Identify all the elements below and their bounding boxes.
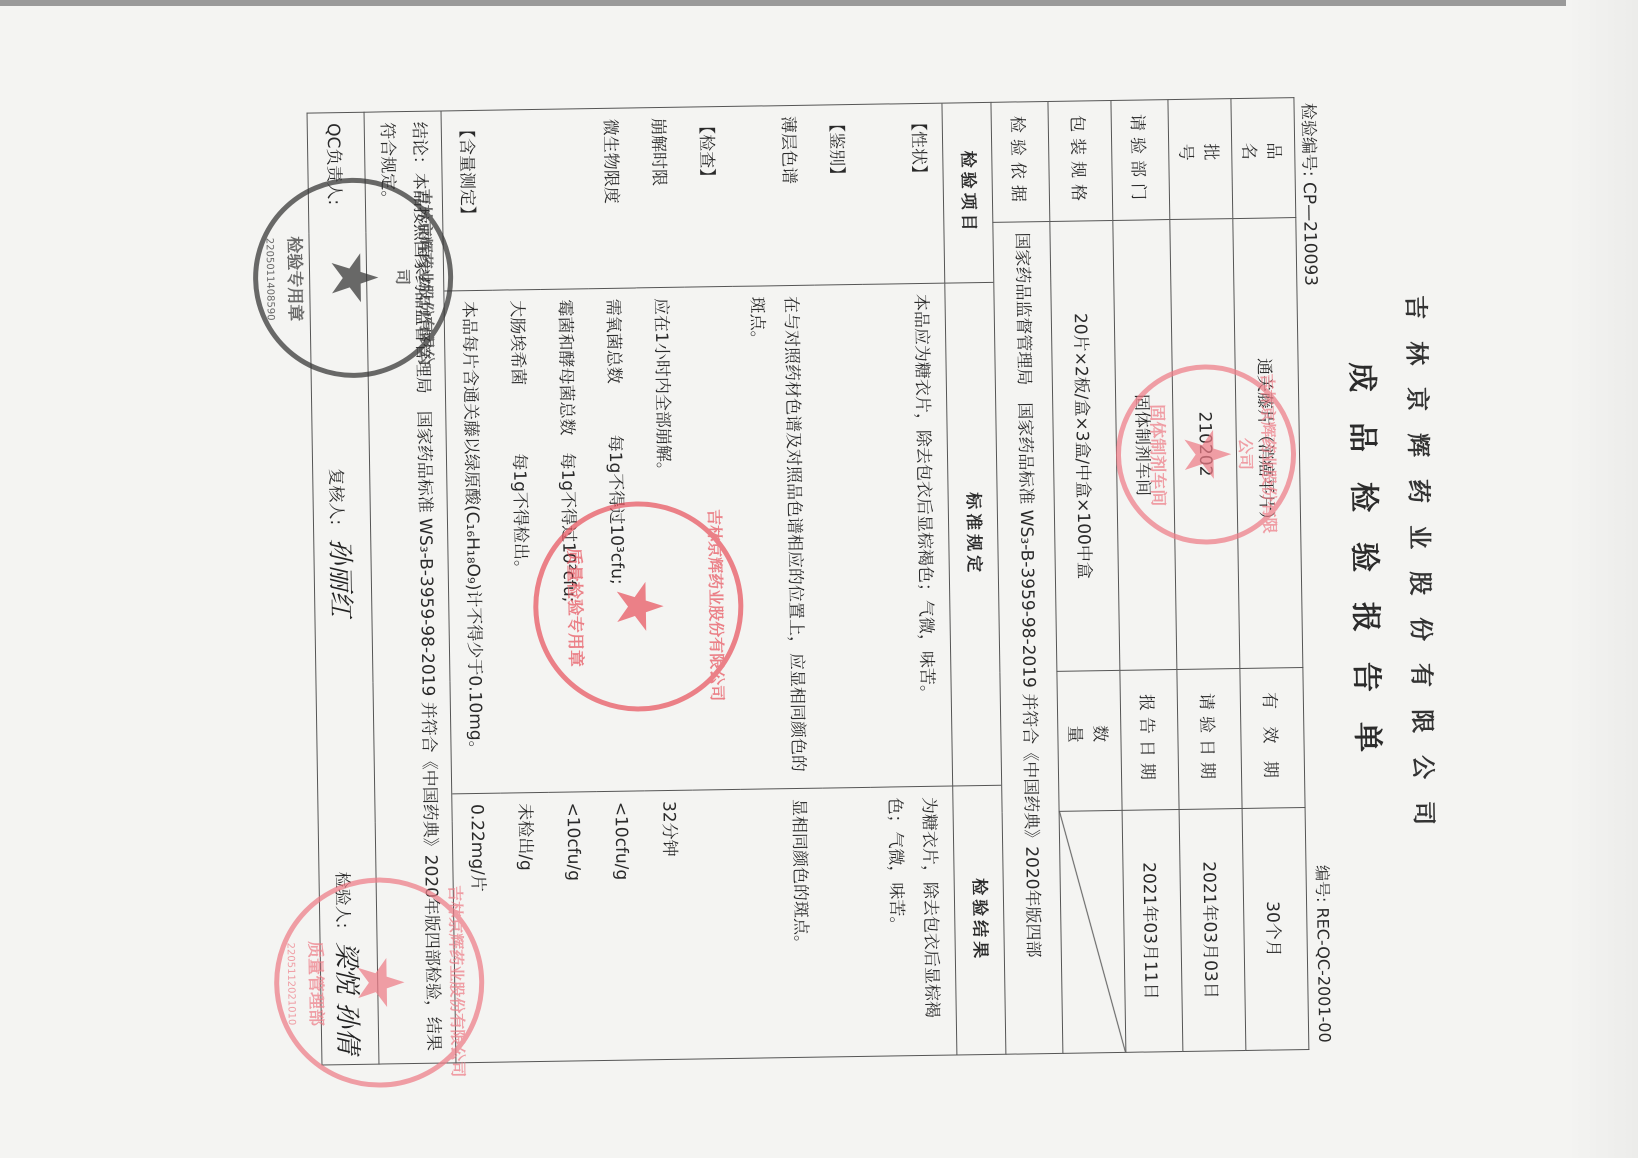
inspector-signature: 梁悦 孙倩 <box>331 942 363 1055</box>
test-item-result: 为糖衣片，除去包衣后显棕褐色；气微，味苦。 <box>870 787 956 1056</box>
test-item-result: <10cfu/g <box>596 791 648 1060</box>
conclusion-text: 结论：本品按照国家药品监督管理局 国家药品标准 WS₃-B-3959-98-20… <box>364 111 456 1064</box>
test-item-name: 薄层色谱 <box>729 106 814 287</box>
test-item-name: 【鉴别】 <box>811 105 862 286</box>
items-grid: 检验项目 标准规定 检验结果 【性状】本品应为糖衣片，除去包衣后显棕褐色；气微，… <box>442 103 1006 1063</box>
product-name: 通关藤片（消癌平片） <box>1233 218 1303 669</box>
inspection-number-value: CP—210093 <box>1299 182 1321 286</box>
request-date-label: 请验日期 <box>1177 669 1242 810</box>
test-item-result: <10cfu/g <box>548 792 600 1061</box>
report-table: 品 名 通关藤片（消癌平片） 有 效 期 30个月 批 号 210202 请验日… <box>307 97 1310 1065</box>
test-item-name: 【含量测定】 <box>442 111 493 292</box>
qa-stamp-serial: 2205112021010 <box>284 884 298 1084</box>
row-conclusion: 结论：本品按照国家药品监督管理局 国家药品标准 WS₃-B-3959-98-20… <box>364 111 456 1064</box>
scan-margin <box>1566 0 1638 1158</box>
test-item-standard <box>684 287 740 791</box>
test-item-name: 微生物限度 <box>586 108 637 289</box>
inspection-report-sheet: 吉林京辉药业股份有限公司 成品检验报告单 检验编号: CP—210093 编号:… <box>250 70 1506 1089</box>
form-number-value: REC-QC-2001-00 <box>1313 907 1334 1042</box>
test-item-name <box>490 110 541 291</box>
qc-label: QC负责人: <box>323 123 344 205</box>
scan-border <box>0 0 1638 6</box>
test-item-standard: 霉菌和酵母菌总数 每1g不得过10²cfu; <box>540 289 596 793</box>
report-date-value: 2021年03月11日 <box>1122 809 1183 1052</box>
test-item-standard: 本品每片含通关藤以绿原酸(C₁₆H₁₈O₉)计不得少于0.10mg。 <box>444 291 500 795</box>
col-result-header: 检验结果 <box>952 786 1005 1055</box>
department-label: 请验部门 <box>1111 100 1170 221</box>
quantity-value <box>1059 810 1126 1053</box>
packaging-value: 20片×2板/盒×3盒/中盒×100中盒 <box>1050 220 1120 671</box>
test-item-result: 未检出/g <box>500 793 552 1062</box>
test-item-standard: 在与对照药材色谱及对照品色谱相应的位置上，应显相同颜色的斑点。 <box>732 286 822 790</box>
test-item-standard: 本品应为糖衣片，除去包衣后显棕褐色；气微，味苦。 <box>862 284 952 788</box>
department-value: 固体制剂车间 <box>1113 220 1177 671</box>
test-item-result: 32分钟 <box>644 791 696 1060</box>
qc-stamp-sub: 检验专用章 <box>283 184 311 374</box>
row-items: 检验项目 标准规定 检验结果 【性状】本品应为糖衣片，除去包衣后显棕褐色；气微，… <box>441 102 1006 1063</box>
request-date-value: 2021年03月03日 <box>1179 808 1246 1051</box>
test-item-standard <box>814 285 870 789</box>
test-item-name: 【检查】 <box>681 107 732 288</box>
test-item-standard: 大肠埃希菌 每1g不得检出。 <box>492 290 548 794</box>
items-section: 检验项目 标准规定 检验结果 【性状】本品应为糖衣片，除去包衣后显棕褐色；气微，… <box>441 102 1006 1063</box>
test-item-standard: 需氧菌总数 每1g不得过10³cfu; <box>588 288 644 792</box>
batch-label: 批 号 <box>1168 99 1233 220</box>
inspector-label: 检验人: <box>332 872 353 929</box>
qc-sign: QC负责人: <box>321 123 352 213</box>
quantity-label: 数 量 <box>1057 670 1122 811</box>
col-standard-header: 标准规定 <box>944 283 1001 787</box>
report-date-label: 报告日期 <box>1120 669 1179 810</box>
inspection-number-label: 检验编号: <box>1297 103 1318 177</box>
form-number-label: 编号: <box>1312 865 1332 903</box>
product-name-label: 品 名 <box>1231 98 1296 219</box>
reviewer-signature: 孙丽红 <box>325 538 356 616</box>
validity-label: 有 效 期 <box>1240 668 1305 809</box>
form-number: 编号: REC-QC-2001-00 <box>1311 865 1337 1043</box>
test-item-result: 显相同颜色的斑点。 <box>740 789 826 1058</box>
basis-label: 检验依据 <box>991 101 1050 222</box>
test-item-name <box>538 109 589 290</box>
test-item-name: 【性状】 <box>859 104 944 285</box>
test-item-standard: 应在1小时内全部崩解。 <box>636 288 692 792</box>
batch-value: 210202 <box>1170 219 1240 670</box>
test-item-result: 0.22mg/片 <box>452 794 504 1063</box>
reviewer-sign: 复核人: 孙丽红 <box>323 468 362 617</box>
packaging-label: 包装规格 <box>1048 100 1113 221</box>
validity-value: 30个月 <box>1242 807 1309 1050</box>
inspection-number: 检验编号: CP—210093 <box>1297 103 1325 287</box>
col-item-header: 检验项目 <box>941 103 993 284</box>
qc-stamp-serial: 2205011408590 <box>263 184 277 374</box>
test-item-name: 崩解时限 <box>633 108 684 289</box>
reviewer-label: 复核人: <box>326 468 347 525</box>
test-item-result <box>822 788 874 1057</box>
company-name: 吉林京辉药业股份有限公司 <box>1397 71 1448 1071</box>
test-item-result <box>692 790 744 1059</box>
document-title: 成品检验报告单 <box>1338 72 1398 1073</box>
inspector-sign: 检验人: 梁悦 孙倩 <box>329 871 369 1054</box>
